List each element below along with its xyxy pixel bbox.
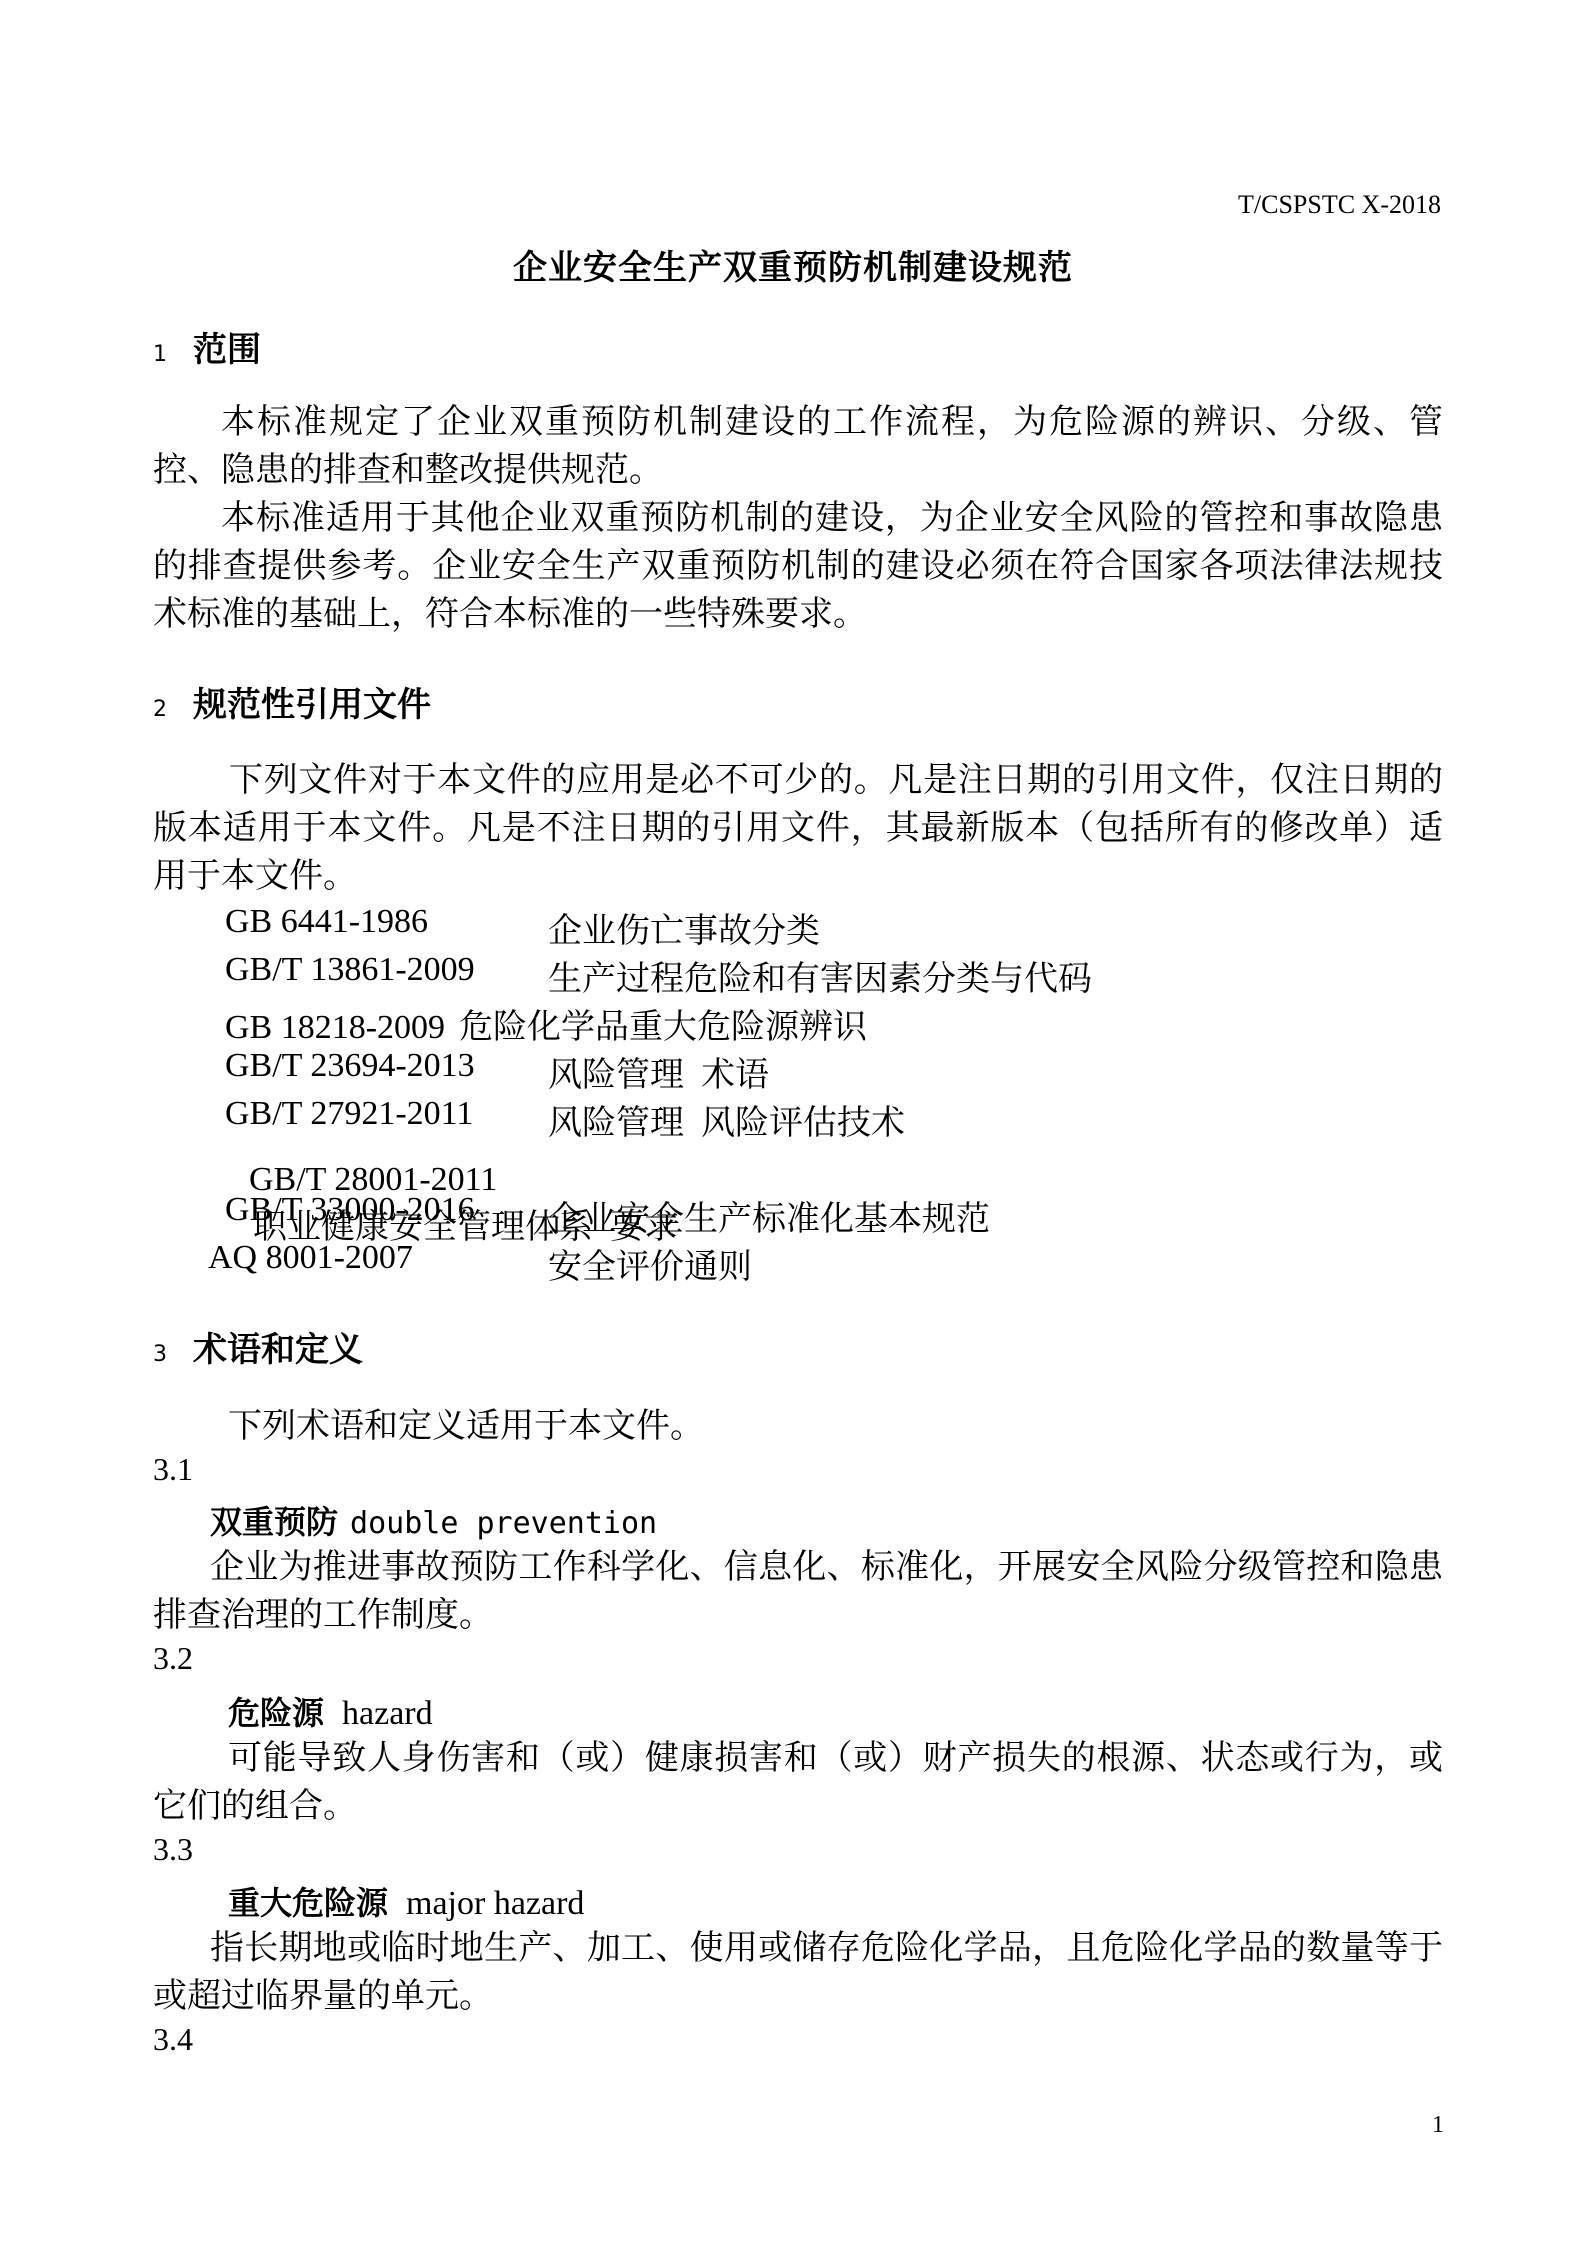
standard-code: T/CSPSTC X-2018 xyxy=(1238,190,1441,220)
term-definition: 企业为推进事故预防工作科学化、信息化、标准化，开展安全风险分级管控和隐患排查治理… xyxy=(153,1544,1443,1640)
term-name-en: hazard xyxy=(342,1695,433,1732)
reference-code: GB/T 27921-2011 xyxy=(225,1095,473,1132)
reference-item: GB/T 23694-2013 xyxy=(225,1047,475,1085)
reference-title: 危险化学品重大危险源辨识 xyxy=(459,1009,867,1046)
reference-item: GB/T 13861-2009 xyxy=(225,951,475,989)
section-heading-2: 2 规范性引用文件 xyxy=(153,677,431,726)
section-title: 术语和定义 xyxy=(193,1330,363,1370)
references-intro: 下列文件对于本文件的应用是必不可少的。凡是注日期的引用文件，仅注日期的版本适用于… xyxy=(153,757,1443,901)
term-name-zh: 重大危险源 xyxy=(228,1884,388,1922)
reference-item: GB 6441-1986 xyxy=(225,903,428,941)
term-definition: 可能导致人身伤害和（或）健康损害和（或）财产损失的根源、状态或行为，或它们的组合… xyxy=(153,1735,1443,1831)
reference-code: GB 6441-1986 xyxy=(225,903,428,940)
scope-paragraph-2: 本标准适用于其他企业双重预防机制的建设，为企业安全风险的管控和事故隐患的排查提供… xyxy=(153,495,1443,639)
term-number: 3.2 xyxy=(153,1640,193,1677)
term-definition: 指长期地或临时地生产、加工、使用或储存危险化学品，且危险化学品的数量等于或超过临… xyxy=(153,1925,1443,2021)
reference-code: GB/T 13861-2009 xyxy=(225,951,475,988)
term-heading: 重大危险源 major hazard xyxy=(228,1878,584,1924)
term-heading: 危险源 hazard xyxy=(228,1688,433,1734)
term-name-zh: 危险源 xyxy=(228,1694,324,1732)
reference-title: 企业安全生产标准化基本规范 xyxy=(548,1191,990,1240)
term-name-zh: 双重预防 xyxy=(210,1503,338,1541)
reference-item: GB/T 33000-2016 xyxy=(225,1191,475,1229)
reference-title: 安全评价通则 xyxy=(548,1239,752,1288)
reference-code: GB/T 33000-2016 xyxy=(225,1191,475,1228)
reference-title: 风险管理 术语 xyxy=(548,1047,769,1096)
term-number: 3.1 xyxy=(153,1451,193,1488)
term-heading: 双重预防 double prevention xyxy=(210,1497,657,1543)
term-number: 3.3 xyxy=(153,1831,193,1868)
reference-item: GB/T 27921-2011 xyxy=(225,1095,473,1133)
reference-code: GB 18218-2009 xyxy=(225,1009,445,1046)
section-title: 规范性引用文件 xyxy=(193,685,431,725)
section-heading-1: 1 范围 xyxy=(153,322,261,371)
reference-title: 企业伤亡事故分类 xyxy=(548,903,820,952)
term-name-en: double prevention xyxy=(350,1506,657,1541)
reference-title: 风险管理 风险评估技术 xyxy=(548,1095,905,1144)
section-number: 3 xyxy=(153,1342,167,1367)
terms-intro: 下列术语和定义适用于本文件。 xyxy=(228,1403,704,1451)
page-number: 1 xyxy=(1432,2112,1444,2139)
reference-code: AQ 8001-2007 xyxy=(208,1239,413,1276)
document-page: T/CSPSTC X-2018 企业安全生产双重预防机制建设规范 1 范围 本标… xyxy=(0,0,1586,2245)
section-title: 范围 xyxy=(193,330,261,370)
term-number: 3.4 xyxy=(153,2021,193,2058)
reference-title: 生产过程危险和有害因素分类与代码 xyxy=(548,951,1092,1000)
reference-code: GB/T 23694-2013 xyxy=(225,1047,475,1084)
scope-paragraph-1: 本标准规定了企业双重预防机制建设的工作流程，为危险源的辨识、分级、管控、隐患的排… xyxy=(153,399,1443,495)
term-name-en: major hazard xyxy=(406,1885,584,1922)
document-title: 企业安全生产双重预防机制建设规范 xyxy=(0,240,1586,289)
reference-item: AQ 8001-2007 xyxy=(208,1239,413,1277)
reference-item: GB 18218-2009 危险化学品重大危险源辨识 xyxy=(225,999,867,1048)
section-number: 2 xyxy=(153,697,167,722)
section-number: 1 xyxy=(153,342,167,367)
section-heading-3: 3 术语和定义 xyxy=(153,1322,363,1371)
